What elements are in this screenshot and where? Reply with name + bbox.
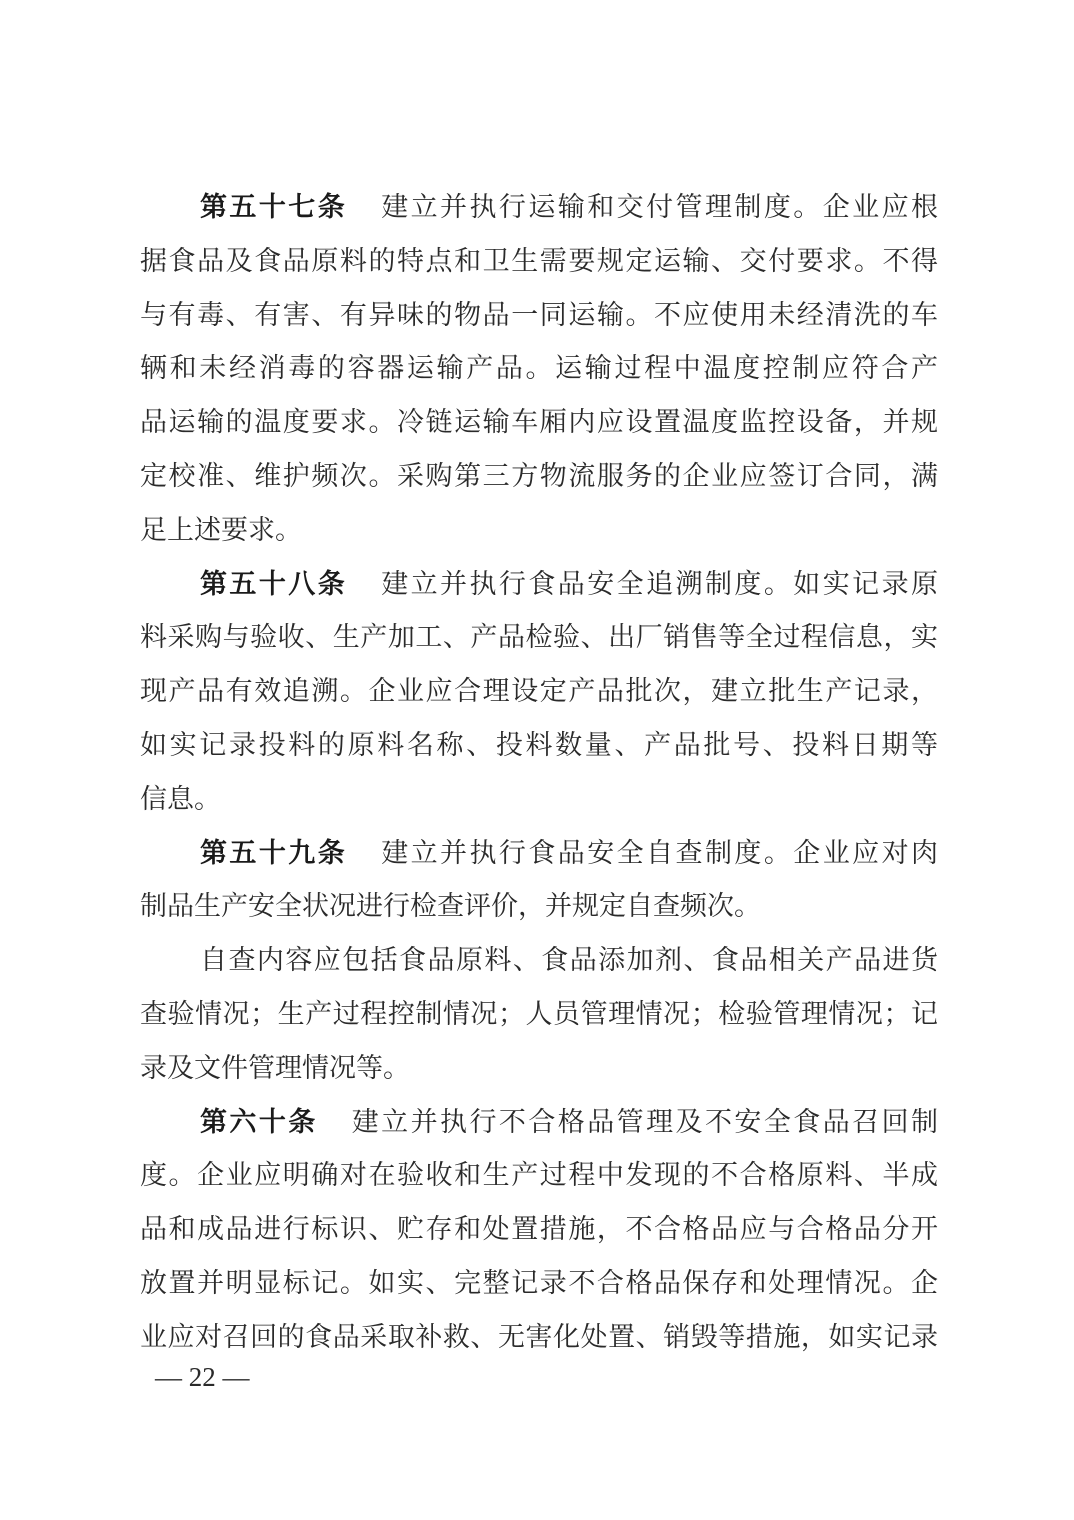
- article-59-para2-line-3: 录及文件管理情况等。: [140, 1042, 938, 1096]
- article-57-line-3: 与有毒、有害、有异味的物品一同运输。不应使用未经清洗的车: [140, 289, 938, 343]
- article-59-text: 建立并执行食品安全自查制度。企业应对肉: [381, 838, 938, 869]
- article-58-line-4: 如实记录投料的原料名称、投料数量、产品批号、投料日期等: [140, 719, 938, 773]
- article-60-line-5: 业应对召回的食品采取补救、无害化处置、销毁等措施，如实记录: [140, 1311, 938, 1365]
- document-page: 第五十七条建立并执行运输和交付管理制度。企业应根 据食品及食品原料的特点和卫生需…: [140, 181, 938, 1365]
- article-59-line-2: 制品生产安全状况进行检查评价，并规定自查频次。: [140, 880, 938, 934]
- article-58-line-3: 现产品有效追溯。企业应合理设定产品批次，建立批生产记录，: [140, 665, 938, 719]
- article-57-line-4: 辆和未经消毒的容器运输产品。运输过程中温度控制应符合产: [140, 342, 938, 396]
- article-58-line-5: 信息。: [140, 773, 938, 827]
- article-60-line-2: 度。企业应明确对在验收和生产过程中发现的不合格原料、半成: [140, 1149, 938, 1203]
- article-57-heading: 第五十七条: [200, 192, 347, 223]
- article-58-line-1: 第五十八条建立并执行食品安全追溯制度。如实记录原: [140, 558, 938, 612]
- article-59-line-1: 第五十九条建立并执行食品安全自查制度。企业应对肉: [140, 827, 938, 881]
- article-57-line-6: 定校准、维护频次。采购第三方物流服务的企业应签订合同，满: [140, 450, 938, 504]
- article-59-heading: 第五十九条: [200, 838, 347, 869]
- article-60-line-3: 品和成品进行标识、贮存和处置措施，不合格品应与合格品分开: [140, 1203, 938, 1257]
- page-number: — 22 —: [155, 1362, 250, 1393]
- article-58-text: 建立并执行食品安全追溯制度。如实记录原: [381, 569, 938, 600]
- article-57-line-7: 足上述要求。: [140, 504, 938, 558]
- article-58-line-2: 料采购与验收、生产加工、产品检验、出厂销售等全过程信息，实: [140, 611, 938, 665]
- article-59-para2-line-1: 自查内容应包括食品原料、食品添加剂、食品相关产品进货: [140, 934, 938, 988]
- article-57-line-1: 第五十七条建立并执行运输和交付管理制度。企业应根: [140, 181, 938, 235]
- article-59-para2-line-2: 查验情况；生产过程控制情况；人员管理情况；检验管理情况；记: [140, 988, 938, 1042]
- article-60-line-4: 放置并明显标记。如实、完整记录不合格品保存和处理情况。企: [140, 1257, 938, 1311]
- article-57-text: 建立并执行运输和交付管理制度。企业应根: [381, 192, 938, 223]
- article-57-line-2: 据食品及食品原料的特点和卫生需要规定运输、交付要求。不得: [140, 235, 938, 289]
- article-57-line-5: 品运输的温度要求。冷链运输车厢内应设置温度监控设备，并规: [140, 396, 938, 450]
- article-60-heading: 第六十条: [200, 1107, 318, 1138]
- article-60-line-1: 第六十条建立并执行不合格品管理及不安全食品召回制: [140, 1096, 938, 1150]
- article-60-text: 建立并执行不合格品管理及不安全食品召回制: [352, 1107, 938, 1138]
- article-58-heading: 第五十八条: [200, 569, 347, 600]
